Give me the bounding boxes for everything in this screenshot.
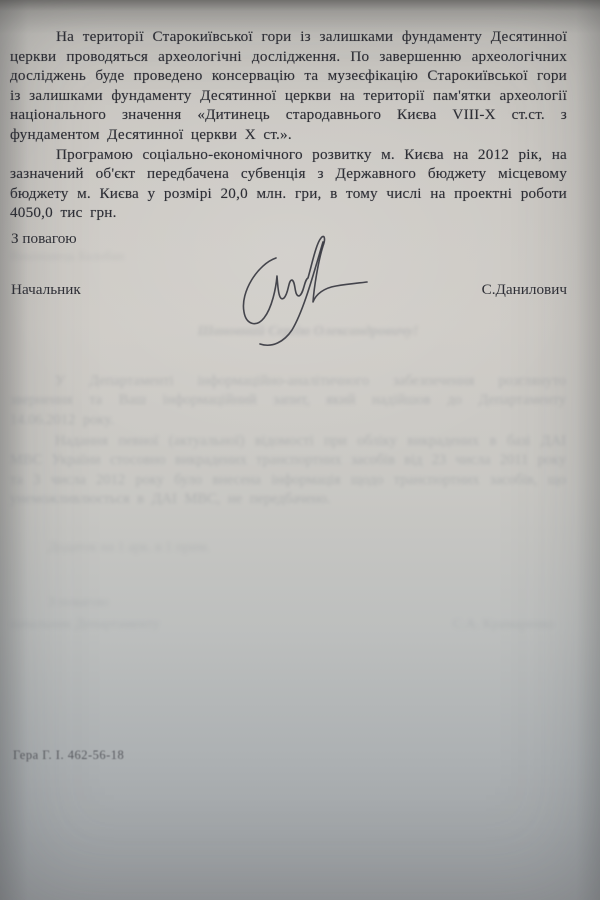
bleedthrough-attachment-line: Додаток на 1 арк. в 1 прим. [48, 540, 210, 556]
bleedthrough-paragraph-1: У Департаменті інформаційно-аналітичного… [10, 372, 566, 430]
bleedthrough-closing: З повагою [48, 595, 109, 611]
paragraph-budget: Програмою соціально-економічного розвитк… [10, 145, 567, 223]
paragraph-archaeology: На території Старокиївської гори із зали… [10, 27, 567, 145]
closing-salutation: З повагою [11, 230, 77, 248]
bleedthrough-signer-name: С.А. Крамаренко [453, 617, 554, 633]
bleedthrough-paragraph-2: Надання певної (актуальної) відомості пр… [10, 432, 566, 510]
bleedthrough-signer-title: начальник Департаменту [10, 617, 160, 633]
bleedthrough-signature-row: начальник Департаменту С.А. Крамаренко [10, 617, 566, 633]
signer-title: Начальник [11, 281, 81, 299]
scanned-letter-page: На території Старокиївської гори із зали… [0, 0, 600, 900]
signature-row: Начальник С.Данилович [11, 281, 567, 299]
letter-body: На території Старокиївської гори із зали… [10, 27, 567, 223]
bleedthrough-executor-smudge: Виконавець Балобан [10, 248, 200, 264]
bleedthrough-paragraph-2-text: Надання певної (актуальної) відомості пр… [10, 432, 566, 510]
signer-name: С.Данилович [482, 281, 567, 299]
executor-contact-note: Гера Г. І. 462-56-18 [13, 748, 124, 763]
bleedthrough-paragraph-1-text: У Департаменті інформаційно-аналітичного… [10, 372, 566, 430]
